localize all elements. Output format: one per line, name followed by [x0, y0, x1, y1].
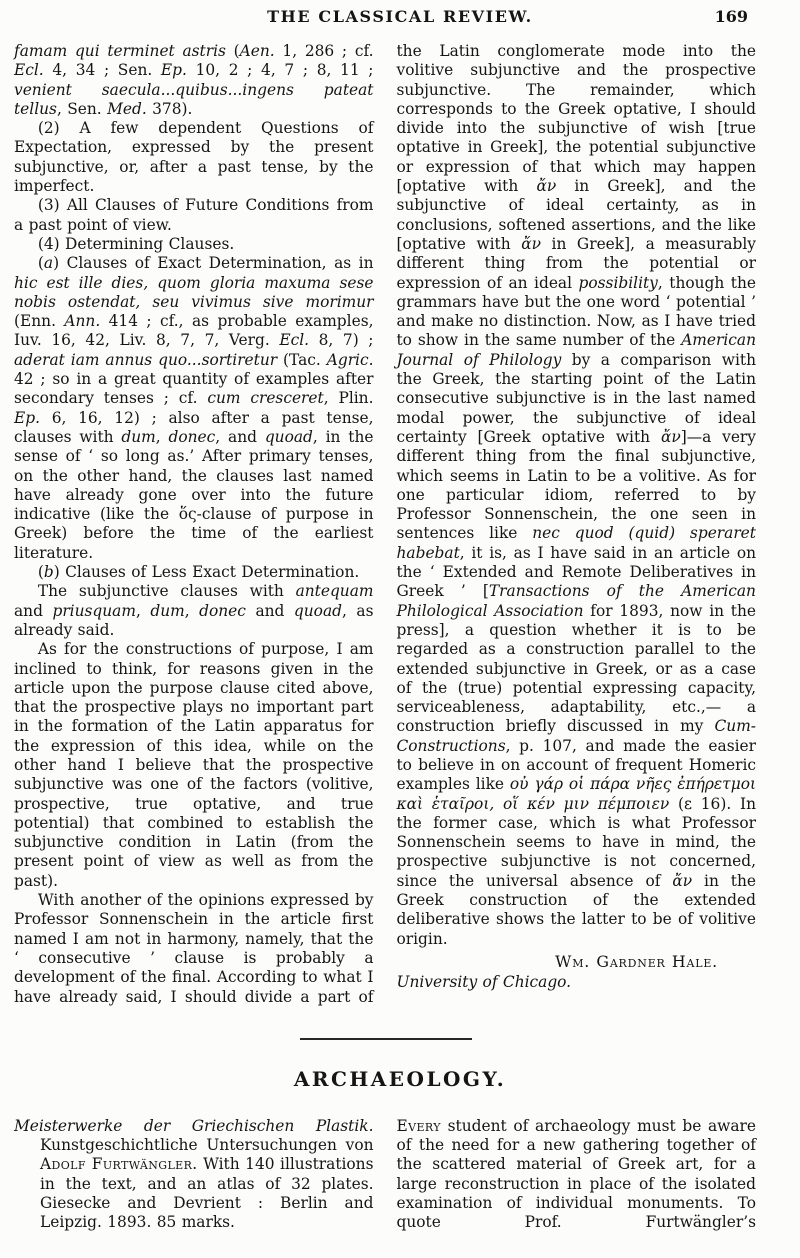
text-segment: Kunstgeschichtliche Untersuchungen von — [40, 1136, 374, 1154]
text-segment: student of archaeology must be aware of … — [397, 1117, 757, 1231]
text-segment: Med. — [107, 100, 147, 118]
text-segment: hic est ille dies, quom gloria maxuma se… — [14, 274, 374, 311]
journal-title: THE CLASSICAL REVIEW. — [0, 7, 800, 26]
article-right-column-text: the Latin conglomerate mode into the vol… — [397, 42, 757, 949]
text-segment: Meisterwerke der Griechischen Plastik. — [14, 1117, 374, 1135]
text-segment: Ep. — [161, 61, 187, 79]
text-segment: ) Clauses of Exact Determination, as in — [53, 254, 373, 272]
text-segment: ἄν — [536, 177, 556, 195]
text-segment: donec — [169, 428, 216, 446]
text-segment: , in the sense of ‘ so long as.’ After p… — [14, 428, 374, 562]
review-columns: Meisterwerke der Griechischen Plastik. K… — [0, 1117, 800, 1233]
text-segment: Adolf Furtwängler. — [40, 1155, 198, 1173]
text-segment: Every — [397, 1117, 441, 1135]
paragraph: (4) Determining Clauses. — [14, 235, 374, 254]
text-segment: (Tac. — [283, 351, 327, 369]
text-segment: ἄν — [521, 235, 541, 253]
text-segment: , — [136, 602, 150, 620]
text-segment: Ep. — [14, 409, 40, 427]
article-columns: famam qui terminet astris (Aen. 1, 286 ;… — [0, 42, 800, 1007]
text-segment: the Latin conglomerate mode into the vol… — [397, 42, 757, 195]
text-segment: priusquam — [52, 602, 135, 620]
text-segment: b — [44, 563, 54, 581]
author-signature: Wm. Gardner Hale. — [397, 952, 757, 971]
text-segment: As for the constructions of purpose, I a… — [14, 640, 374, 890]
text-segment: dum — [121, 428, 155, 446]
text-segment: 378). — [147, 100, 193, 118]
running-head: THE CLASSICAL REVIEW. 169 — [0, 0, 800, 33]
review-citation-column: Meisterwerke der Griechischen Plastik. K… — [14, 1117, 374, 1233]
journal-page: THE CLASSICAL REVIEW. 169 famam qui term… — [0, 0, 800, 1258]
text-segment: (2) A few dependent Questions of Expecta… — [14, 119, 374, 195]
text-segment: and — [246, 602, 294, 620]
text-segment: donec — [199, 602, 246, 620]
text-segment: ἄν — [672, 872, 692, 890]
text-segment: 8, 7) ; — [309, 331, 373, 349]
text-segment: cum cresceret — [207, 389, 323, 407]
text-segment: 1, 286 ; cf. — [275, 42, 374, 60]
text-segment: dum — [150, 602, 184, 620]
text-segment: Aen. — [240, 42, 275, 60]
text-segment: Ecl. — [14, 61, 44, 79]
text-segment: (Enn. — [14, 312, 64, 330]
text-segment: , Sen. — [57, 100, 107, 118]
text-segment: for 1893, now in the press], a question … — [397, 602, 757, 736]
page-number: 169 — [715, 7, 748, 26]
paragraph: famam qui terminet astris (Aen. 1, 286 ;… — [14, 42, 374, 119]
text-segment: and — [14, 602, 52, 620]
text-segment: , — [156, 428, 169, 446]
paragraph: (a) Clauses of Exact Determination, as i… — [14, 254, 374, 563]
text-segment: a — [44, 254, 53, 272]
paragraph: Every student of archaeology must be awa… — [397, 1117, 757, 1233]
section-heading: ARCHAEOLOGY. — [0, 1067, 800, 1091]
text-segment: , and — [215, 428, 265, 446]
text-segment: aderat iam annus quo...sortiretur — [14, 351, 283, 369]
author-affiliation: University of Chicago. — [397, 973, 757, 992]
text-segment: Ecl. — [279, 331, 309, 349]
text-segment: (4) Determining Clauses. — [38, 235, 234, 253]
text-segment: famam qui terminet astris — [14, 42, 234, 60]
paragraph: The subjunctive clauses with antequam an… — [14, 582, 374, 640]
text-segment: possibility — [579, 274, 658, 292]
text-segment: quoad — [265, 428, 313, 446]
text-segment: , — [185, 602, 199, 620]
article-left-column: famam qui terminet astris (Aen. 1, 286 ;… — [14, 42, 374, 1007]
article-right-column: the Latin conglomerate mode into the vol… — [397, 42, 757, 1007]
text-segment: ) Clauses of Less Exact Determination. — [54, 563, 360, 581]
section-divider-rule — [300, 1038, 472, 1040]
review-opening-column: Every student of archaeology must be awa… — [397, 1117, 757, 1233]
text-segment: quoad — [294, 602, 342, 620]
text-segment: With another of the opinions expressed b… — [14, 891, 374, 1005]
paragraph: (b) Clauses of Less Exact Determination. — [14, 563, 374, 582]
paragraph: As for the constructions of purpose, I a… — [14, 640, 374, 891]
paragraph: Meisterwerke der Griechischen Plastik. K… — [14, 1117, 374, 1233]
text-segment: 10, 2 ; 4, 7 ; 8, 11 ; — [187, 61, 374, 79]
text-segment: (3) All Clauses of Future Conditions fro… — [14, 196, 374, 233]
text-segment: Ann. — [64, 312, 100, 330]
paragraph: With another of the opinions expressed b… — [14, 891, 374, 1007]
text-segment: antequam — [296, 582, 374, 600]
text-segment: The subjunctive clauses with — [38, 582, 296, 600]
paragraph: the Latin conglomerate mode into the vol… — [397, 42, 757, 949]
text-segment: Agric. — [327, 351, 374, 369]
paragraph: (3) All Clauses of Future Conditions fro… — [14, 196, 374, 235]
text-segment: 4, 34 ; Sen. — [44, 61, 161, 79]
text-segment: , Plin. — [324, 389, 374, 407]
paragraph: (2) A few dependent Questions of Expecta… — [14, 119, 374, 196]
text-segment: ἄν — [661, 428, 681, 446]
